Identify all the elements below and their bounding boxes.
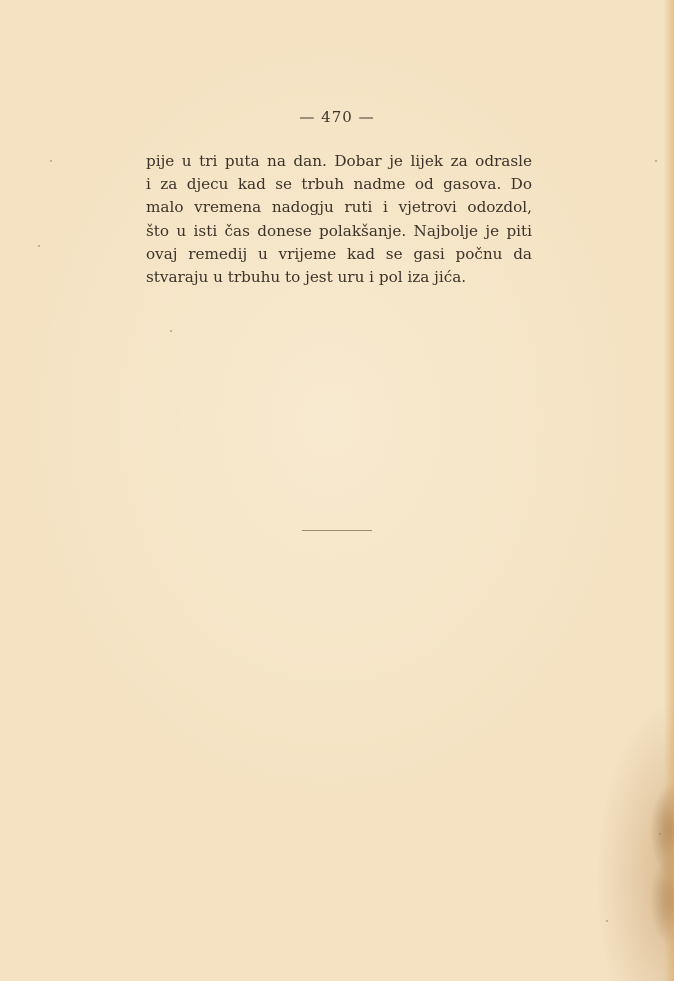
text-line: ovaj remedij u vrijeme kad se gasi počnu… <box>146 243 532 266</box>
paper-speck <box>50 160 52 162</box>
body-paragraph: pije u tri puta na dan. Dobar je lijek z… <box>146 150 532 289</box>
page-number: — 470 — <box>0 108 674 126</box>
book-page: — 470 — pije u tri puta na dan. Dobar je… <box>0 0 674 981</box>
text-line: malo vremena nadogju ruti i vjetrovi odo… <box>146 196 532 219</box>
section-separator-rule <box>302 530 372 531</box>
paper-speck <box>659 833 661 835</box>
text-line: stvaraju u trbuhu to jest uru i pol iza … <box>146 266 532 289</box>
paper-speck <box>38 245 40 247</box>
paper-speck <box>606 920 608 922</box>
page-edge-shadow <box>664 0 674 981</box>
text-line: pije u tri puta na dan. Dobar je lijek z… <box>146 150 532 173</box>
text-line: i za djecu kad se trbuh nadme od gasova.… <box>146 173 532 196</box>
text-line: što u isti čas donese polakšanje. Najbol… <box>146 220 532 243</box>
paper-speck <box>655 160 657 162</box>
paper-speck <box>170 330 172 332</box>
